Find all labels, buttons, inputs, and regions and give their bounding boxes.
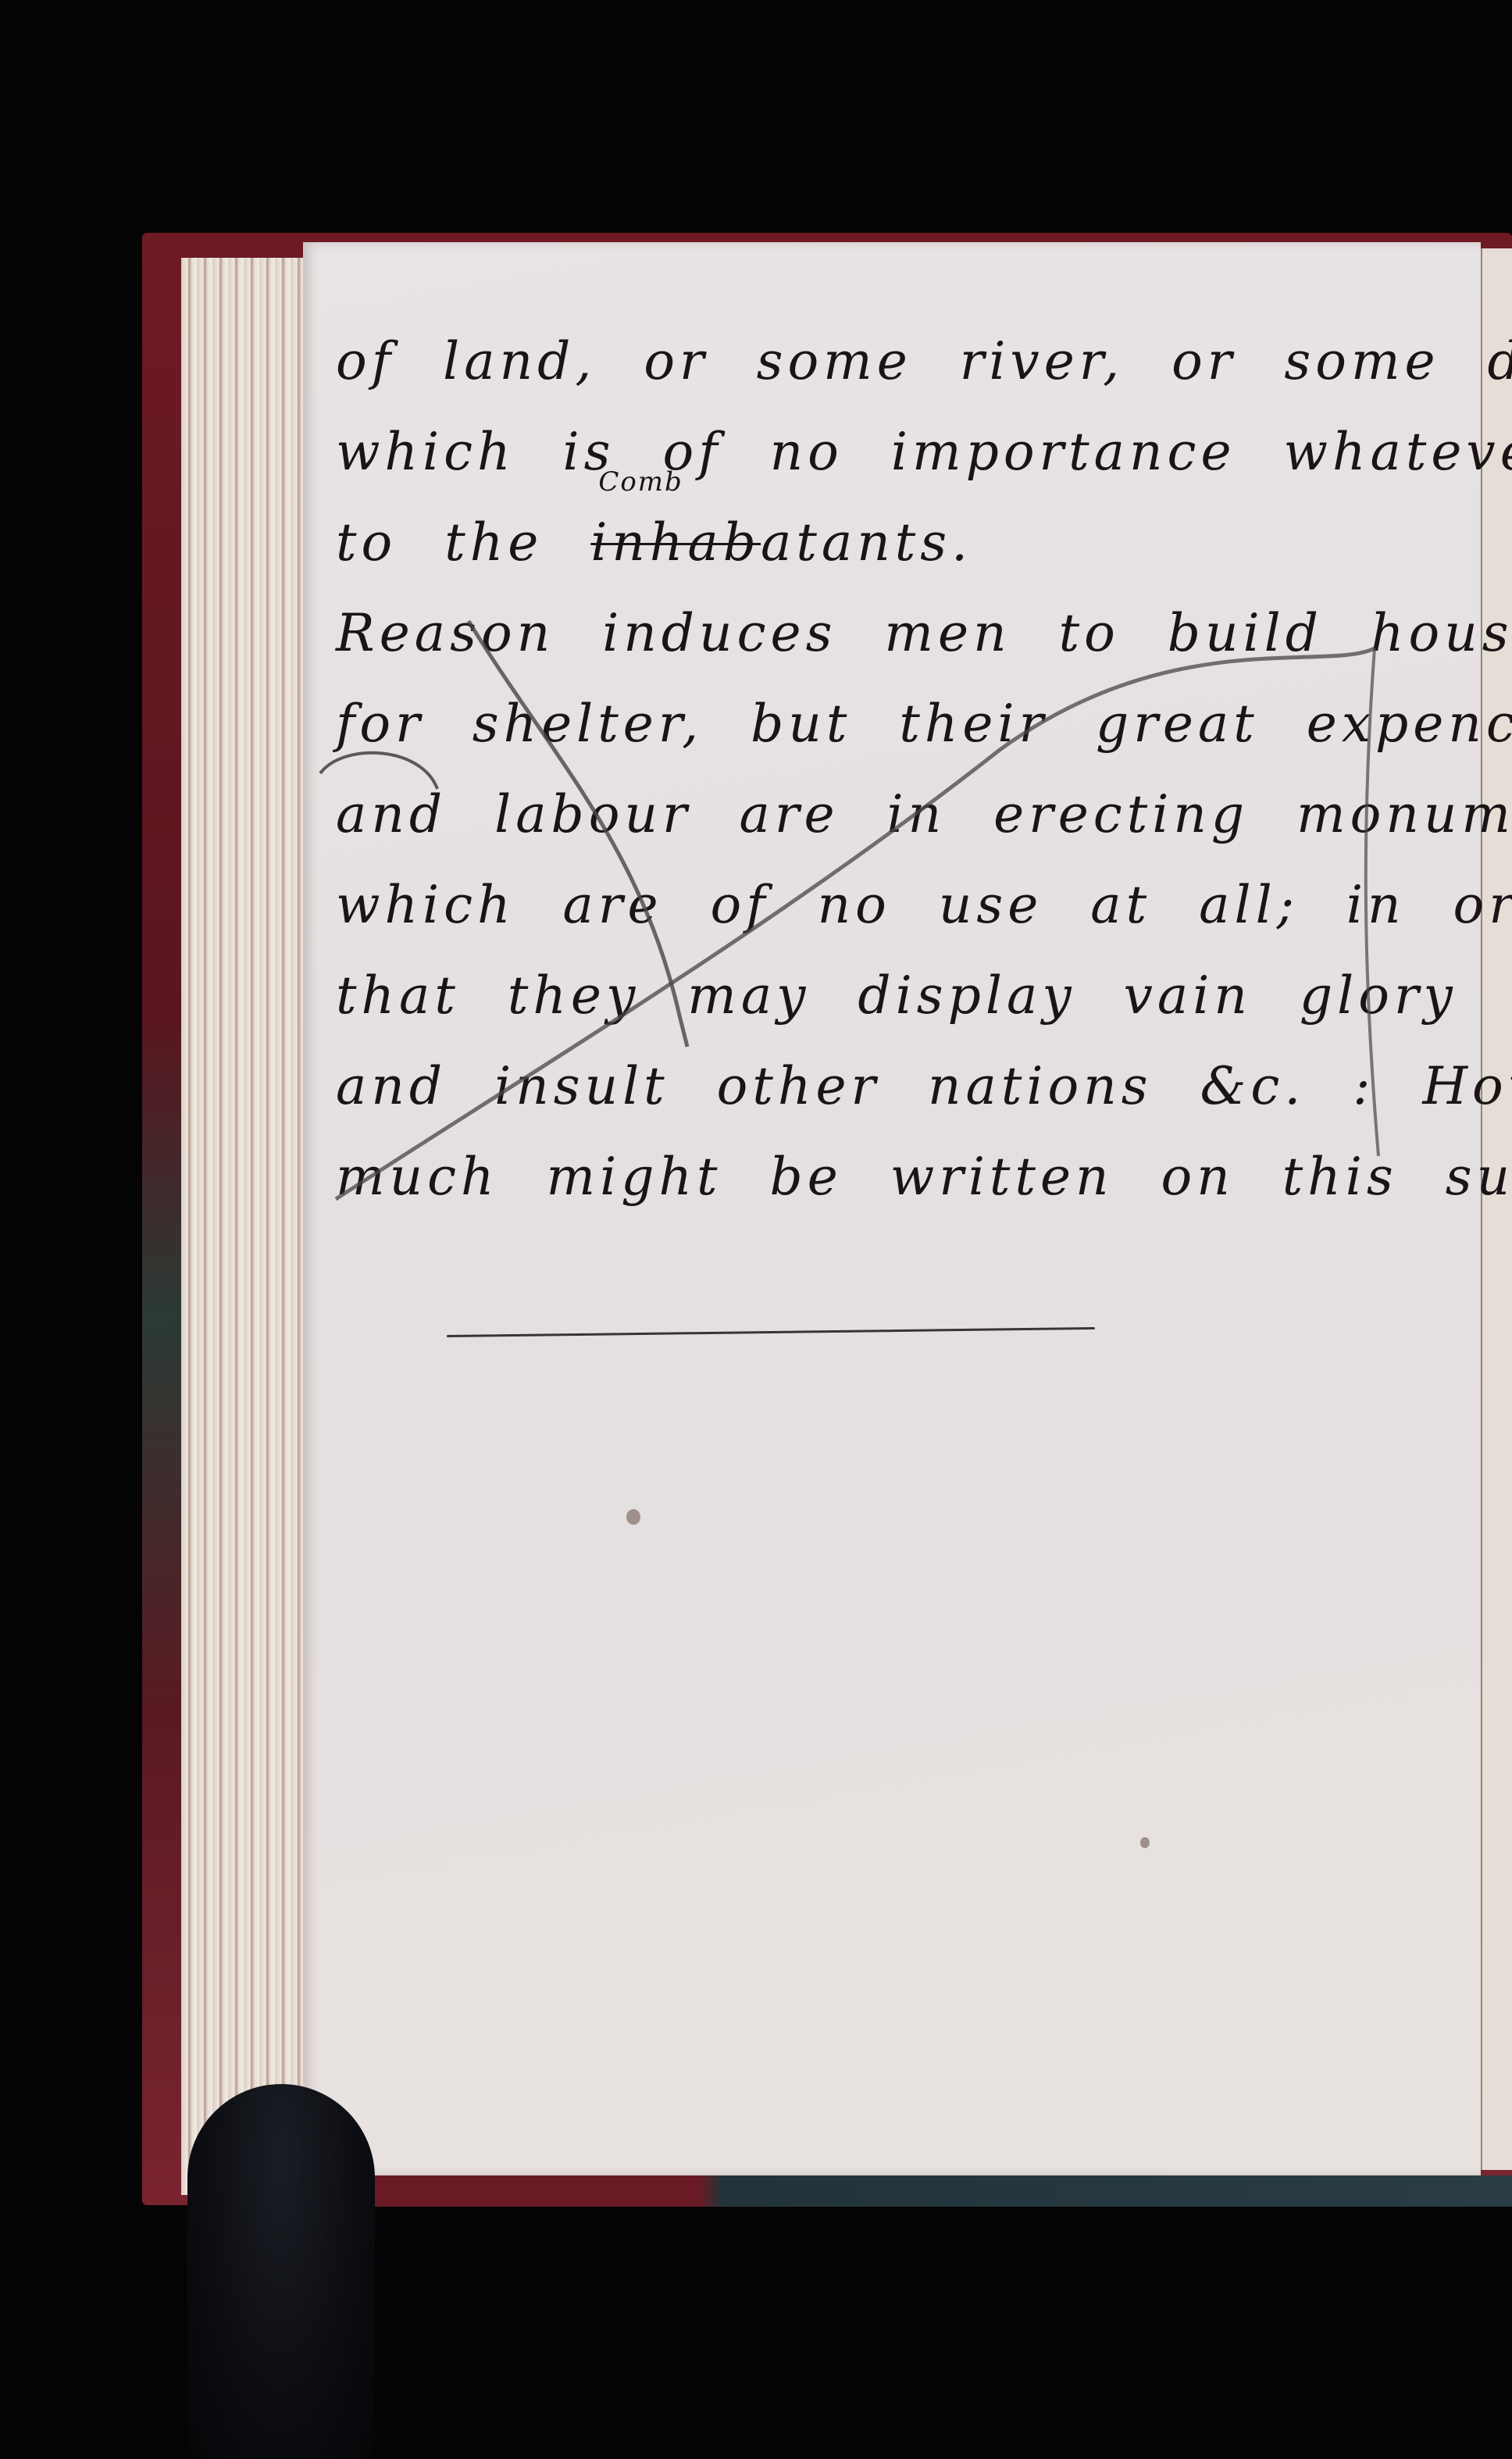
text-line-3: to the Combinhabatants. <box>336 498 1476 588</box>
gloved-thumb <box>187 2084 375 2459</box>
paper-stain <box>626 1509 640 1525</box>
corrected-word: Combinhab <box>590 498 761 588</box>
page-stack-edges <box>181 258 306 2195</box>
text-line-3-after: atants. <box>761 512 972 573</box>
text-line-7: which are of no use at all; in order <box>336 860 1476 951</box>
text-line-8: that they may display vain glory <box>336 951 1476 1041</box>
handwritten-text: of land, or some river, or some desert, … <box>336 316 1476 1222</box>
text-line-6: and labour are in erecting monuments <box>336 769 1476 860</box>
text-line-10: much might be written on this subject! <box>336 1132 1476 1222</box>
text-line-1: of land, or some river, or some desert, <box>336 316 1476 407</box>
correction-insert: Comb <box>598 466 683 498</box>
struck-text: inhab <box>590 512 761 573</box>
text-line-4: Reason induces men to build houses <box>336 588 1476 679</box>
text-line-3-before: to the <box>336 512 590 573</box>
paper-stain <box>1140 1837 1150 1848</box>
text-line-2: which is of no importance whatever <box>336 407 1476 498</box>
facing-page-edge <box>1481 248 1512 2170</box>
text-line-5: for shelter, but their great expences <box>336 679 1476 769</box>
book-cover-marbled-edge <box>351 2175 1512 2207</box>
text-line-9: and insult other nations &c. : How <box>336 1041 1476 1132</box>
